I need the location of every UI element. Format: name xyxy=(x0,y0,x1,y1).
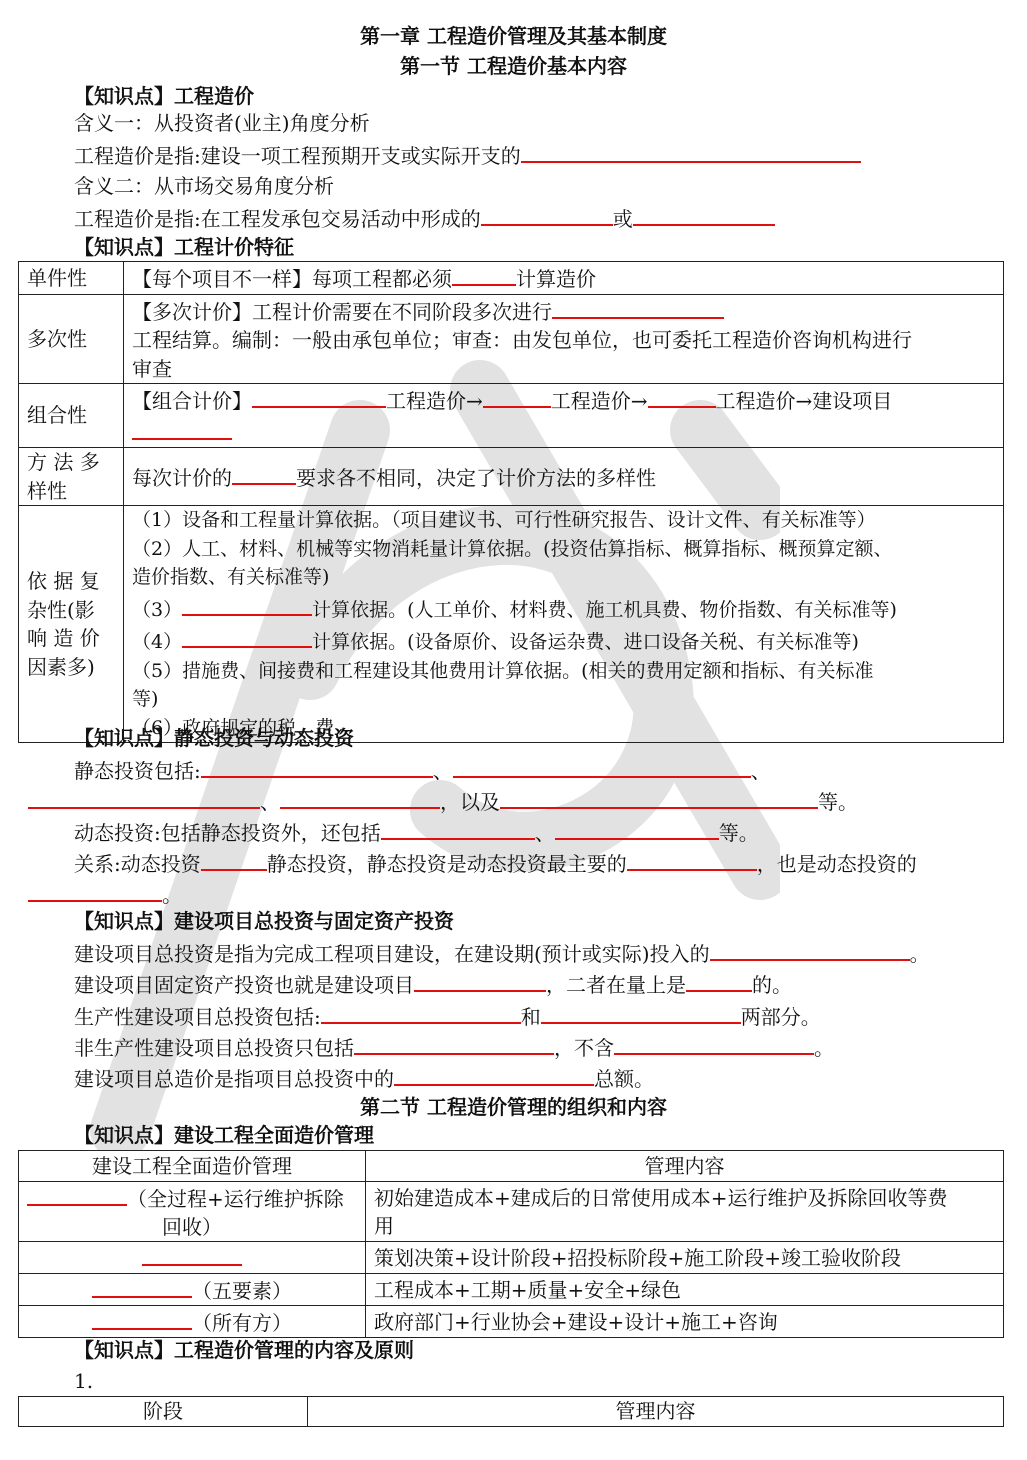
table-row: （全过程+运行维护拆除 回收） 初始建造成本+建成后的日常使用成本+运行维护及拆… xyxy=(19,1182,1004,1242)
dynamic-investment-line: 动态投资:包括静态投资外，还包括、等。 xyxy=(74,816,759,848)
fill-blank[interactable] xyxy=(92,1274,192,1298)
fill-blank[interactable] xyxy=(394,1062,594,1086)
fill-blank[interactable] xyxy=(633,202,775,226)
table-row: 多次性 【多次计价】工程计价需要在不同阶段多次进行 工程结算。编制：一般由承包单… xyxy=(19,294,1004,384)
row-content: 初始建造成本+建成后的日常使用成本+运行维护及拆除回收等费用 xyxy=(366,1182,1004,1242)
fill-blank[interactable] xyxy=(552,295,724,319)
stage-management-table: 阶段 管理内容 xyxy=(18,1396,1004,1427)
fill-blank[interactable] xyxy=(555,816,719,840)
row-content: 【组合计价】工程造价→工程造价→工程造价→建设项目 xyxy=(124,384,1004,448)
total-investment-definition: 建设项目总投资是指为完成工程项目建设，在建设期(预计或实际)投入的。 xyxy=(74,937,930,969)
row-label: 单件性 xyxy=(19,262,124,295)
table-row: （五要素） 工程成本+工期+质量+安全+绿色 xyxy=(19,1274,1004,1306)
meaning-two-definition: 工程造价是指:在工程发承包交易活动中形成的或 xyxy=(74,202,775,234)
table-header-row: 建设工程全面造价管理 管理内容 xyxy=(19,1151,1004,1182)
knowledge-point-heading: 【知识点】静态投资与动态投资 xyxy=(74,724,354,752)
meaning-one-label: 含义一：从投资者(业主)角度分析 xyxy=(74,108,370,138)
section-title: 第一节 工程造价基本内容 xyxy=(0,52,1027,80)
fill-blank[interactable] xyxy=(381,816,535,840)
productive-investment-line: 生产性建设项目总投资包括:和两部分。 xyxy=(74,1000,821,1032)
row-label: （五要素） xyxy=(19,1274,366,1306)
fill-blank[interactable] xyxy=(354,1031,554,1055)
meaning-one-definition: 工程造价是指:建设一项工程预期开支或实际开支的 xyxy=(74,139,861,171)
fill-blank[interactable] xyxy=(132,416,232,440)
fill-blank[interactable] xyxy=(201,754,433,778)
static-investment-line: 静态投资包括:、、 xyxy=(74,754,771,786)
fill-blank[interactable] xyxy=(201,847,267,871)
row-label: 组合性 xyxy=(19,384,124,448)
row-content: 【每个项目不一样】每项工程都必须计算造价 xyxy=(124,262,1004,295)
table-row: （所有方） 政府部门+行业协会+建设+设计+施工+咨询 xyxy=(19,1306,1004,1338)
fill-blank[interactable] xyxy=(280,785,440,809)
fill-blank[interactable] xyxy=(710,937,910,961)
fill-blank[interactable] xyxy=(521,139,861,163)
knowledge-point-heading: 【知识点】工程造价 xyxy=(74,82,254,110)
row-content: 【多次计价】工程计价需要在不同阶段多次进行 工程结算。编制：一般由承包单位；审查… xyxy=(124,294,1004,384)
non-productive-investment-line: 非生产性建设项目总投资只包括，不含。 xyxy=(74,1031,834,1063)
table-row: 策划决策+设计阶段+招投标阶段+施工阶段+竣工验收阶段 xyxy=(19,1242,1004,1274)
table-row: 依 据 复 杂性(影 响 造 价 因素多) （1）设备和工程量计算依据。（项目建… xyxy=(19,506,1004,743)
knowledge-point-heading: 【知识点】建设工程全面造价管理 xyxy=(74,1121,374,1149)
row-label: （所有方） xyxy=(19,1306,366,1338)
fixed-asset-investment-line: 建设项目固定资产投资也就是建设项目，二者在量上是的。 xyxy=(74,968,792,1000)
table-row: 单件性 【每个项目不一样】每项工程都必须计算造价 xyxy=(19,262,1004,295)
knowledge-point-heading: 【知识点】工程造价管理的内容及原则 xyxy=(74,1336,414,1364)
fill-blank[interactable] xyxy=(481,202,613,226)
column-header: 管理内容 xyxy=(308,1397,1004,1427)
static-investment-line-2: 、，以及等。 xyxy=(28,785,858,817)
column-header: 建设工程全面造价管理 xyxy=(19,1151,366,1182)
row-label: 依 据 复 杂性(影 响 造 价 因素多) xyxy=(19,506,124,743)
fill-blank[interactable] xyxy=(321,1000,521,1024)
row-label: （全过程+运行维护拆除 回收） xyxy=(19,1182,366,1242)
total-cost-line: 建设项目总造价是指项目总投资中的总额。 xyxy=(74,1062,654,1094)
fill-blank[interactable] xyxy=(500,785,818,809)
row-label: 方 法 多样性 xyxy=(19,448,124,506)
relation-line: 关系:动态投资静态投资，静态投资是动态投资最主要的，也是动态投资的 xyxy=(74,847,917,879)
pricing-features-table: 单件性 【每个项目不一样】每项工程都必须计算造价 多次性 【多次计价】工程计价需… xyxy=(18,261,1004,743)
fill-blank[interactable] xyxy=(182,624,312,648)
table-row: 方 法 多样性 每次计价的要求各不相同，决定了计价方法的多样性 xyxy=(19,448,1004,506)
section-title: 第二节 工程造价管理的组织和内容 xyxy=(0,1093,1027,1121)
row-content: 政府部门+行业协会+建设+设计+施工+咨询 xyxy=(366,1306,1004,1338)
fill-blank[interactable] xyxy=(27,1182,127,1206)
fill-blank[interactable] xyxy=(182,592,312,616)
fill-blank[interactable] xyxy=(686,968,752,992)
fill-blank[interactable] xyxy=(453,754,751,778)
row-label: 多次性 xyxy=(19,294,124,384)
list-number: 1. xyxy=(74,1366,93,1396)
chapter-title: 第一章 工程造价管理及其基本制度 xyxy=(0,22,1027,50)
relation-line-2: 。 xyxy=(28,878,182,910)
fill-blank[interactable] xyxy=(232,461,296,485)
row-content: 每次计价的要求各不相同，决定了计价方法的多样性 xyxy=(124,448,1004,506)
comprehensive-cost-management-table: 建设工程全面造价管理 管理内容 （全过程+运行维护拆除 回收） 初始建造成本+建… xyxy=(18,1150,1004,1338)
fill-blank[interactable] xyxy=(648,384,716,408)
fill-blank[interactable] xyxy=(483,384,551,408)
fill-blank[interactable] xyxy=(614,1031,814,1055)
fill-blank[interactable] xyxy=(252,384,386,408)
fill-blank[interactable] xyxy=(627,847,757,871)
fill-blank[interactable] xyxy=(541,1000,741,1024)
column-header: 阶段 xyxy=(19,1397,308,1427)
knowledge-point-heading: 【知识点】建设项目总投资与固定资产投资 xyxy=(74,907,454,935)
fill-blank[interactable] xyxy=(28,878,162,902)
row-content: 策划决策+设计阶段+招投标阶段+施工阶段+竣工验收阶段 xyxy=(366,1242,1004,1274)
knowledge-point-heading: 【知识点】工程计价特征 xyxy=(74,233,294,261)
meaning-two-label: 含义二：从市场交易角度分析 xyxy=(74,171,334,201)
table-header-row: 阶段 管理内容 xyxy=(19,1397,1004,1427)
column-header: 管理内容 xyxy=(366,1151,1004,1182)
fill-blank[interactable] xyxy=(452,262,516,286)
fill-blank[interactable] xyxy=(92,1306,192,1330)
fill-blank[interactable] xyxy=(414,968,546,992)
table-row: 组合性 【组合计价】工程造价→工程造价→工程造价→建设项目 xyxy=(19,384,1004,448)
row-content: （1）设备和工程量计算依据。（项目建议书、可行性研究报告、设计文件、有关标准等）… xyxy=(124,506,1004,743)
row-label xyxy=(19,1242,366,1274)
fill-blank[interactable] xyxy=(28,785,260,809)
fill-blank[interactable] xyxy=(142,1242,242,1266)
row-content: 工程成本+工期+质量+安全+绿色 xyxy=(366,1274,1004,1306)
